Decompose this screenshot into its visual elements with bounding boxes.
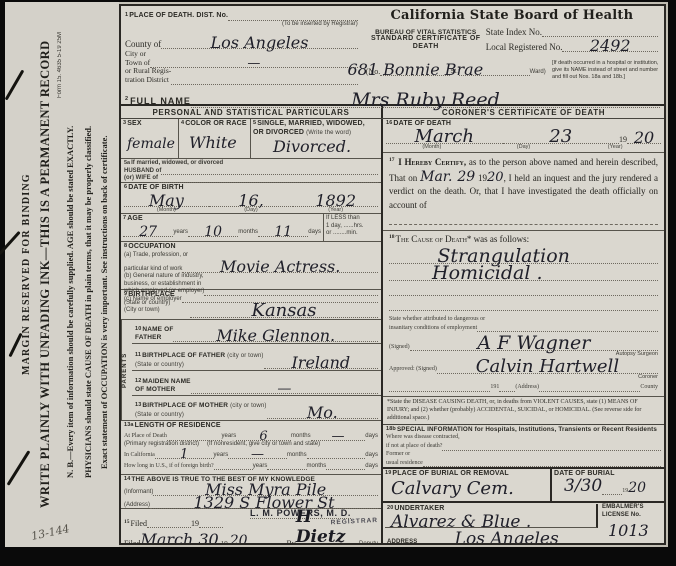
field-birthplace: 9BIRTHPLACE (State or country) (City or …	[121, 290, 381, 320]
age-less-than-day-note: If LESS than 1 day, ......hrs. or ......…	[323, 214, 381, 241]
district-no-line	[228, 20, 358, 21]
sex-value: female	[127, 137, 176, 151]
field-undertaker: 20UNDERTAKER Alvarez & Blue . ADDRESS Lo…	[383, 503, 600, 543]
filed-year-value: 20 .	[230, 534, 257, 545]
inquest-date: Mar. 29	[420, 169, 475, 185]
margin-binding-note: MARGIN RESERVED FOR BINDING	[21, 2, 32, 547]
binding-margin: Form 15. 4635 5-19 25M MARGIN RESERVED F…	[5, 2, 119, 547]
cause-of-death-footnote: *State the DISEASE CAUSING DEATH, or, in…	[383, 397, 664, 425]
field-father-name: 10NAME OFFATHER Mike Glennon.	[132, 320, 381, 344]
race-value: White	[189, 135, 248, 151]
burial-place-value: Calvary Cem.	[391, 480, 548, 498]
field-marital-status: 5SINGLE, MARRIED, WIDOWED, OR DIVORCED (…	[251, 119, 381, 158]
dob-month: May	[149, 193, 184, 209]
city-value: —	[247, 57, 260, 70]
birthplace-value: Kansas	[252, 302, 317, 320]
dob-day-line: 16,	[209, 193, 294, 207]
field-color-or-race: 4COLOR OR RACE White	[179, 119, 251, 158]
standard-certificate-label: STANDARD CERTIFICATE OF DEATH	[366, 35, 486, 53]
ward-label: Ward)	[530, 69, 546, 77]
field-date-of-birth: 6DATE OF BIRTH May 16, 1892 (Month)(Day)…	[121, 183, 381, 214]
burial-year-value: 20	[628, 481, 646, 495]
place-of-death-sublabel: (To be inserted by Registrar)	[125, 21, 358, 29]
cause-of-death-line2: Homicidal .	[432, 264, 542, 283]
parents-block: PARENTS 10NAME OFFATHER Mike Glennon. 11…	[121, 320, 381, 421]
margin-permanent-record-note: WRITE PLAINLY WITH UNFADING INK—THIS IS …	[38, 2, 53, 547]
personal-section-title: PERSONAL AND STATISTICAL PARTICULARS	[121, 106, 383, 118]
parents-vertical-label: PARENTS	[121, 320, 132, 420]
field-embalmer-license: EMBALMER'SLICENSE No. 1013	[600, 503, 664, 543]
california-years-value: 1	[180, 448, 188, 461]
autopsy-surgeon-signature: A F Wagner	[477, 334, 590, 353]
death-day: 23	[549, 128, 572, 146]
age-days: 11	[274, 225, 292, 239]
full-name-line: Mrs Ruby Reed	[191, 91, 660, 108]
informant-address-value: 1329 S Flower St	[194, 495, 335, 511]
field-spouse: 5aIf married, widowed, or divorced HUSBA…	[121, 159, 381, 183]
age-years: 27	[139, 225, 157, 239]
deputy-signature: H Dietz	[296, 507, 359, 545]
filed-date-value: March 30	[140, 532, 218, 545]
field-place-of-burial: 19PLACE OF BURIAL OR REMOVAL Calvary Cem…	[383, 469, 552, 501]
mother-maiden-value: —	[277, 382, 291, 396]
dob-month-line: May	[124, 193, 209, 207]
full-name-label: 2FULL NAME	[125, 96, 191, 107]
county-value: Los Angeles	[211, 35, 309, 51]
residence-days-value: —	[331, 430, 344, 443]
field-special-information: 18bSPECIAL INFORMATION for Hospitals, In…	[383, 425, 664, 469]
city-line: —	[150, 57, 358, 68]
undertaker-address-value: Los Angeles	[455, 531, 559, 545]
margin-physicians-note: PHYSICIANS should state CAUSE OF DEATH i…	[83, 42, 93, 562]
certificate-header: 1PLACE OF DEATH. DIST. No. (To be insert…	[121, 6, 664, 106]
street-value: 681 Bonnie Brae	[347, 62, 483, 78]
field-date-of-death: 16DATE OF DEATH March 23 19 20 (Month)(D…	[383, 119, 664, 153]
coroner-signature: Calvin Hartwell	[476, 358, 619, 376]
field-mother-maiden-name: 12MAIDEN NAMEOF MOTHER —	[132, 371, 381, 396]
personal-column: 3SEX female 4COLOR OR RACE White 5SINGLE…	[121, 119, 383, 543]
certificate: 1PLACE OF DEATH. DIST. No. (To be insert…	[119, 4, 666, 545]
hospital-instruction-note: [If death occurred in a hospital or inst…	[552, 60, 660, 81]
local-registered-line: 2492	[562, 38, 658, 52]
margin-nb-note: N. B.—Every item of information should b…	[65, 42, 75, 562]
board-title: California State Board of Health	[366, 8, 658, 23]
field-mother-birthplace: 13BIRTHPLACE OF MOTHER (city or town)(St…	[132, 396, 381, 420]
mother-birthplace-value: Mo.	[307, 405, 338, 421]
county-line: Los Angeles	[161, 35, 357, 49]
field-filed: 15Filed 19 L. M. POWERS, M. D. REGISTRAR…	[121, 509, 381, 545]
field-father-birthplace: 11BIRTHPLACE OF FATHER (city or town)(St…	[132, 344, 381, 371]
field-age: 7AGE 27 years 10 months 11 days If LESS …	[121, 214, 381, 242]
death-certificate-scan: Form 15. 4635 5-19 25M MARGIN RESERVED F…	[5, 2, 668, 547]
state-index-label: State Index No.	[486, 27, 542, 37]
county-label: County of	[125, 39, 161, 49]
death-year: 20	[634, 130, 654, 146]
field-date-of-burial: DATE OF BURIAL 3/30 19 20	[552, 469, 664, 501]
field-occupation: 8OCCUPATION (a) Trade, profession, or pa…	[121, 242, 381, 290]
field-coroner-certification: 17 I Hereby Certify, as to the person ab…	[383, 153, 664, 231]
embalmer-license-value: 1013	[608, 523, 662, 539]
dob-year: 1892	[315, 193, 356, 209]
residence-months-value: 6	[259, 430, 267, 443]
california-months-value: —	[251, 448, 264, 461]
rural-district-line	[171, 84, 358, 85]
local-registered-label: Local Registered No.	[486, 42, 563, 52]
field-sex: 3SEX female	[121, 119, 179, 158]
pen-mark	[0, 231, 21, 255]
place-of-death-label: 1PLACE OF DEATH. DIST. No.	[125, 12, 228, 21]
field-cause-of-death: 18The Cause of Death* was as follows: St…	[383, 231, 664, 397]
burial-date-value: 3/30	[564, 478, 602, 495]
occupation-value: Movie Actress.	[220, 259, 340, 275]
dob-day: 16,	[238, 193, 263, 209]
local-registered-value: 2492	[590, 38, 631, 54]
father-name-value: Mike Glennon.	[216, 328, 335, 344]
inquest-year: 20	[487, 170, 504, 185]
city-label: City orTown of	[125, 50, 150, 67]
street-line: 681 Bonnie Brae	[380, 62, 450, 76]
age-months: 10	[204, 225, 222, 239]
dob-year-line: 1892	[293, 193, 378, 207]
rural-district-label: or Rural Regis-tration District	[125, 67, 171, 84]
death-month: March	[415, 128, 474, 146]
form-number: Form 15. 4635 5-19 25M	[57, 8, 63, 98]
coroner-column: 16DATE OF DEATH March 23 19 20 (Month)(D…	[383, 119, 664, 543]
field-length-of-residence: 13aLENGTH OF RESIDENCE At Place of Death…	[121, 421, 381, 475]
father-birthplace-value: Ireland	[291, 355, 350, 371]
margin-occupation-note: Exact statement of OCCUPATION is very im…	[99, 42, 109, 562]
marital-value: Divorced.	[273, 139, 379, 155]
full-name-value: Mrs Ruby Reed	[351, 91, 500, 110]
